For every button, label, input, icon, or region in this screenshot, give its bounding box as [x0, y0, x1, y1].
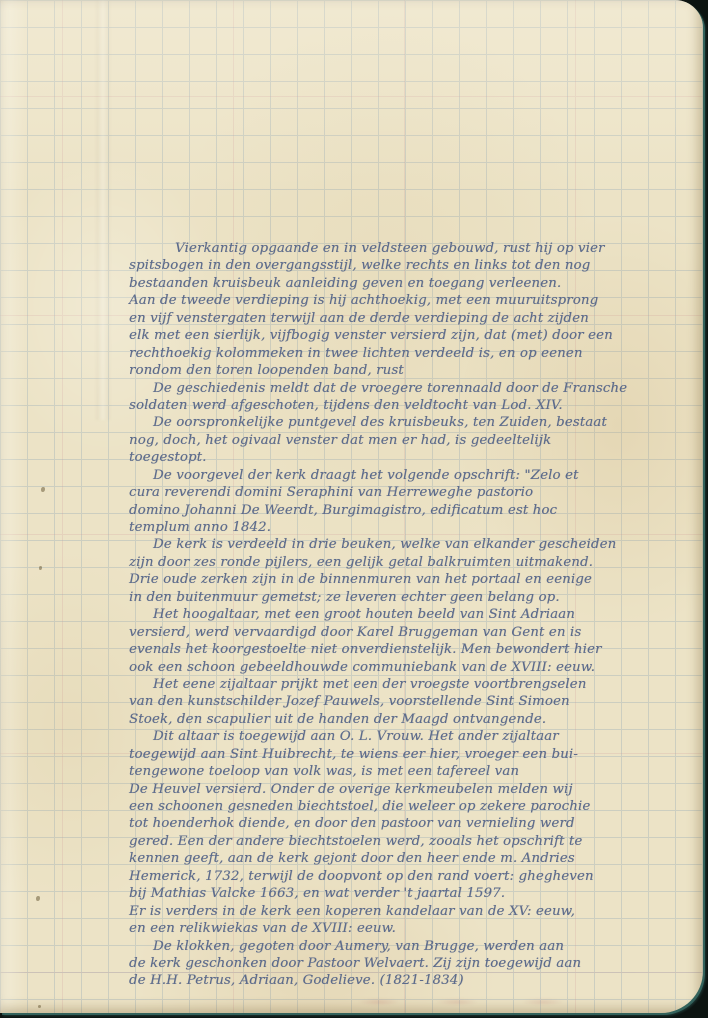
- manuscript-line: De Heuvel versierd. Onder de overige ker…: [129, 781, 695, 798]
- manuscript-line: Het hoogaltaar, met een groot houten bee…: [129, 606, 695, 623]
- manuscript-line: nog, doch, het ogivaal venster dat men e…: [129, 432, 695, 449]
- manuscript-line: Er is verders in de kerk een koperen kan…: [129, 903, 695, 920]
- manuscript-line: De oorspronkelijke puntgevel des kruisbe…: [129, 414, 695, 431]
- manuscript-line: toegewijd aan Sint Huibrecht, te wiens e…: [129, 746, 695, 763]
- manuscript-line: de kerk geschonken door Pastoor Welvaert…: [129, 955, 695, 972]
- manuscript-line: en vijf venstergaten terwijl aan de derd…: [129, 310, 695, 327]
- manuscript-line: Aan de tweede verdieping is hij achthoek…: [129, 292, 695, 309]
- manuscript-line: De voorgevel der kerk draagt het volgend…: [129, 467, 695, 484]
- manuscript-line: rondom den toren loopenden band, rust: [129, 362, 695, 379]
- manuscript-line: een schoonen gesneden biechtstoel, die w…: [129, 798, 695, 815]
- manuscript-line: tengewone toeloop van volk was, is met e…: [129, 763, 695, 780]
- manuscript-line: toegestopt.: [129, 449, 695, 466]
- manuscript-line: elk met een sierlijk, vijfbogig venster …: [129, 327, 695, 344]
- manuscript-line: de H.H. Petrus, Adriaan, Godelieve. (182…: [129, 972, 695, 989]
- manuscript-line: en een relikwiekas van de XVIII: eeuw.: [129, 920, 695, 937]
- manuscript-line: spitsbogen in den overgangsstijl, welke …: [129, 257, 695, 274]
- manuscript-line: rechthoekig kolommeken in twee lichten v…: [129, 345, 695, 362]
- ink-bleed-smudge: [340, 996, 600, 1008]
- manuscript-line: Stoek, den scapulier uit de handen der M…: [129, 711, 695, 728]
- manuscript-line: De geschiedenis meldt dat de vroegere to…: [129, 380, 695, 397]
- manuscript-line: Het eene zijaltaar prijkt met een der vr…: [129, 676, 695, 693]
- manuscript-line: ook een schoon gebeeldhouwde communieban…: [129, 659, 695, 676]
- manuscript-line: gered. Een der andere biechtstoelen werd…: [129, 833, 695, 850]
- manuscript-line: De klokken, gegoten door Aumery, van Bru…: [129, 938, 695, 955]
- manuscript-text: Vierkantig opgaande en in veldsteen gebo…: [129, 240, 695, 990]
- manuscript-line: Hemerick, 1732, terwijl de doopvont op d…: [129, 868, 695, 885]
- manuscript-line: domino Johanni De Weerdt, Burgimagistro,…: [129, 502, 695, 519]
- manuscript-line: evenals het koorgestoelte niet onverdien…: [129, 641, 695, 658]
- manuscript-line: versierd, werd vervaardigd door Karel Br…: [129, 624, 695, 641]
- manuscript-line: kennen geeft, aan de kerk gejont door de…: [129, 850, 695, 867]
- notebook-page: Vierkantig opgaande en in veldsteen gebo…: [0, 0, 703, 1013]
- manuscript-line: Drie oude zerken zijn in de binnenmuren …: [129, 571, 695, 588]
- manuscript-line: tot hoenderhok diende, en door den pasto…: [129, 815, 695, 832]
- manuscript-line: Dit altaar is toegewijd aan O. L. Vrouw.…: [129, 728, 695, 745]
- manuscript-line: soldaten werd afgeschoten, tijdens den v…: [129, 397, 695, 414]
- manuscript-line: De kerk is verdeeld in drie beuken, welk…: [129, 536, 695, 553]
- manuscript-line: templum anno 1842.: [129, 519, 695, 536]
- manuscript-line: van den kunstschilder Jozef Pauwels, voo…: [129, 693, 695, 710]
- manuscript-line: bij Mathias Valcke 1663, en wat verder '…: [129, 885, 695, 902]
- manuscript-line: zijn door zes ronde pijlers, een gelijk …: [129, 554, 695, 571]
- manuscript-line: Vierkantig opgaande en in veldsteen gebo…: [129, 240, 695, 257]
- manuscript-line: in den buitenmuur gemetst; ze leveren ec…: [129, 589, 695, 606]
- manuscript-line: bestaanden kruisbeuk aanleiding geven en…: [129, 275, 695, 292]
- manuscript-line: cura reverendi domini Seraphini van Herr…: [129, 484, 695, 501]
